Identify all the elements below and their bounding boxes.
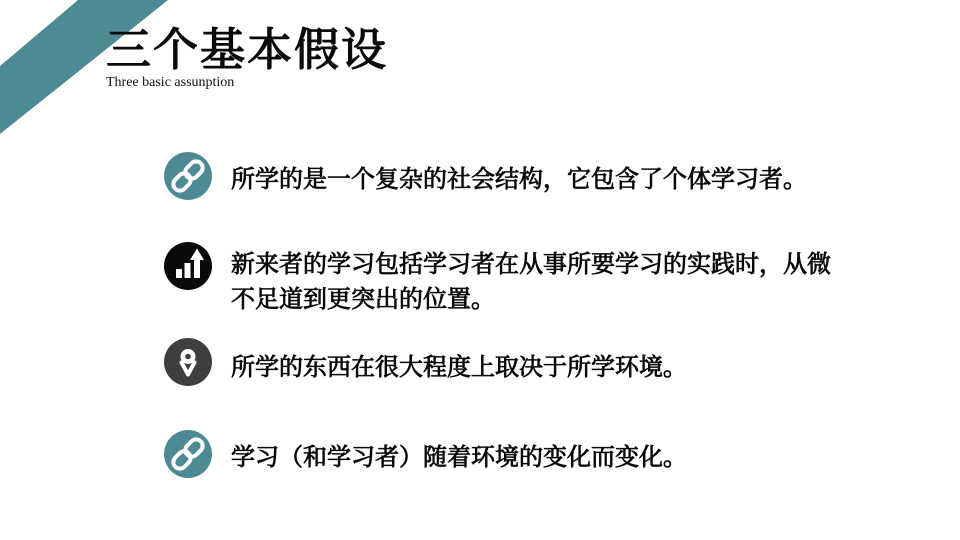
- bullet-text-4: 学习（和学习者）随着环境的变化而变化。: [231, 441, 911, 475]
- page-subtitle: Three basic assunption: [106, 75, 388, 91]
- title-block: 三个基本假设 Three basic assunption: [106, 26, 388, 91]
- bullet-text-2: 新来者的学习包括学习者在从事所要学习的实践时，从微 不足道到更突出的位置。: [231, 248, 911, 318]
- page-title: 三个基本假设: [106, 26, 388, 74]
- bullet-text-1: 所学的是一个复杂的社会结构，它包含了个体学习者。: [231, 163, 911, 197]
- growth-chart-icon: [164, 242, 212, 290]
- link-icon: [164, 152, 212, 200]
- link-icon: [164, 430, 212, 478]
- location-pin-icon: [164, 338, 212, 386]
- presentation-slide: 三个基本假设 Three basic assunption 所学的是一个复杂的社…: [0, 0, 960, 540]
- bullet-text-3: 所学的东西在很大程度上取决于所学环境。: [231, 351, 911, 385]
